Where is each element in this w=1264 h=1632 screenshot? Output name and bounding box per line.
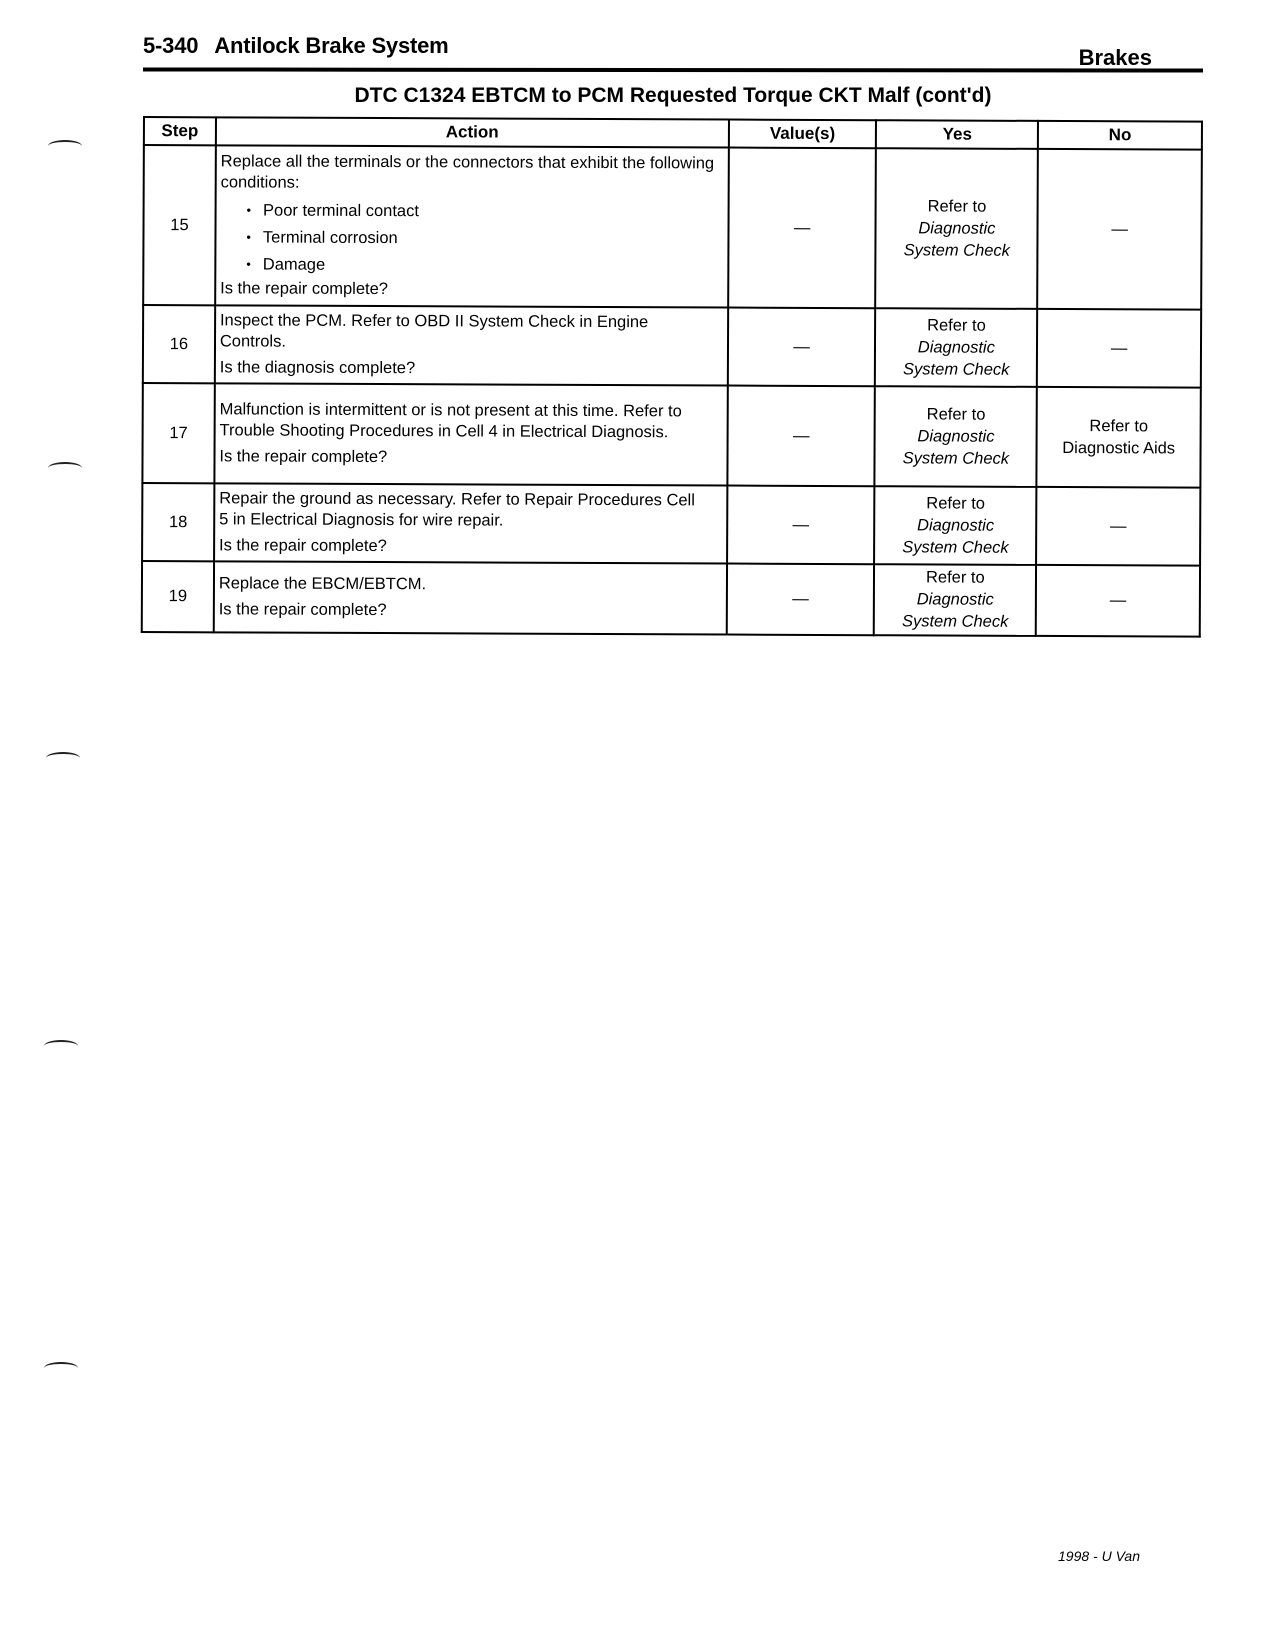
binder-hole-mark bbox=[44, 1362, 78, 1374]
condition-item: Poor terminal contact bbox=[246, 197, 723, 226]
yes-link-system-check: System Check bbox=[877, 358, 1035, 381]
header-rule bbox=[143, 67, 1203, 72]
table-title: DTC C1324 EBTCM to PCM Requested Torque … bbox=[143, 84, 1203, 108]
action-question: Is the diagnosis complete? bbox=[220, 357, 723, 380]
no-cell: — bbox=[1036, 565, 1200, 637]
no-cell: — bbox=[1037, 149, 1201, 310]
diagnostic-table: Step Action Value(s) Yes No 15 Replace a… bbox=[141, 116, 1203, 638]
yes-link-diagnostic: Diagnostic bbox=[876, 588, 1034, 611]
action-cell: Replace all the terminals or the connect… bbox=[215, 145, 729, 307]
yes-cell: Refer to Diagnostic System Check bbox=[874, 564, 1036, 636]
yes-refer: Refer to bbox=[877, 403, 1035, 426]
action-cell: Inspect the PCM. Refer to OBD II System … bbox=[215, 305, 728, 385]
table-row: 19 Replace the EBCM/EBTCM. Is the repair… bbox=[142, 561, 1200, 637]
yes-refer: Refer to bbox=[878, 314, 1036, 337]
yes-cell: Refer to Diagnostic System Check bbox=[876, 148, 1038, 309]
value-cell: — bbox=[728, 148, 876, 309]
table-row: 15 Replace all the terminals or the conn… bbox=[143, 145, 1202, 310]
chapter-title: Brakes bbox=[1079, 45, 1152, 71]
action-text: Repair the ground as necessary. Refer to… bbox=[219, 488, 722, 532]
yes-link-system-check: System Check bbox=[878, 239, 1036, 262]
yes-refer: Refer to bbox=[878, 195, 1036, 218]
col-header-step: Step bbox=[144, 117, 216, 145]
action-question: Is the repair complete? bbox=[219, 535, 722, 558]
no-cell: — bbox=[1037, 309, 1201, 388]
yes-link-system-check: System Check bbox=[877, 536, 1035, 559]
no-cell: — bbox=[1036, 487, 1200, 566]
yes-link-diagnostic: Diagnostic bbox=[877, 336, 1035, 359]
col-header-values: Value(s) bbox=[729, 120, 877, 149]
action-cell: Repair the ground as necessary. Refer to… bbox=[214, 483, 727, 563]
action-question: Is the repair complete? bbox=[220, 278, 723, 301]
action-text: Replace all the terminals or the connect… bbox=[221, 151, 724, 195]
action-text: Inspect the PCM. Refer to OBD II System … bbox=[220, 310, 723, 354]
page-number: 5-340 bbox=[143, 33, 198, 58]
action-cell: Malfunction is intermittent or is not pr… bbox=[214, 383, 727, 485]
col-header-action: Action bbox=[216, 117, 729, 147]
yes-link-diagnostic: Diagnostic bbox=[877, 425, 1035, 448]
action-question: Is the repair complete? bbox=[219, 599, 722, 622]
no-cell: Refer to Diagnostic Aids bbox=[1037, 387, 1201, 488]
yes-refer: Refer to bbox=[876, 566, 1034, 589]
condition-item: Damage bbox=[246, 251, 723, 280]
binder-hole-mark bbox=[48, 462, 82, 474]
table-row: 16 Inspect the PCM. Refer to OBD II Syst… bbox=[143, 305, 1201, 388]
binder-hole-mark bbox=[48, 140, 82, 152]
page-header: 5-340Antilock Brake System bbox=[143, 33, 449, 59]
col-header-yes: Yes bbox=[876, 120, 1038, 149]
step-number: 18 bbox=[142, 483, 214, 561]
yes-cell: Refer to Diagnostic System Check bbox=[875, 308, 1037, 387]
yes-link-diagnostic: Diagnostic bbox=[878, 217, 1036, 240]
yes-refer: Refer to bbox=[877, 492, 1035, 515]
step-number: 17 bbox=[142, 383, 214, 483]
condition-list: Poor terminal contact Terminal corrosion… bbox=[220, 197, 723, 280]
section-title: Antilock Brake System bbox=[214, 33, 448, 58]
yes-cell: Refer to Diagnostic System Check bbox=[875, 486, 1037, 565]
action-text: Malfunction is intermittent or is not pr… bbox=[219, 399, 722, 443]
step-number: 16 bbox=[143, 305, 215, 383]
no-refer: Refer to bbox=[1039, 414, 1199, 437]
binder-hole-mark bbox=[44, 1040, 78, 1052]
value-cell: — bbox=[728, 308, 876, 387]
step-number: 19 bbox=[142, 561, 214, 632]
action-question: Is the repair complete? bbox=[219, 446, 722, 469]
yes-link-system-check: System Check bbox=[877, 447, 1035, 470]
no-link-diagnostic-aids: Diagnostic Aids bbox=[1039, 436, 1199, 459]
value-cell: — bbox=[726, 564, 874, 636]
table-row: 17 Malfunction is intermittent or is not… bbox=[142, 383, 1200, 488]
value-cell: — bbox=[727, 486, 875, 565]
action-cell: Replace the EBCM/EBTCM. Is the repair co… bbox=[214, 561, 727, 634]
value-cell: — bbox=[727, 386, 875, 487]
condition-item: Terminal corrosion bbox=[246, 224, 723, 253]
yes-link-diagnostic: Diagnostic bbox=[877, 514, 1035, 537]
action-text: Replace the EBCM/EBTCM. bbox=[219, 573, 722, 596]
yes-link-system-check: System Check bbox=[876, 610, 1034, 633]
table-row: 18 Repair the ground as necessary. Refer… bbox=[142, 483, 1200, 566]
step-number: 15 bbox=[143, 145, 216, 305]
yes-cell: Refer to Diagnostic System Check bbox=[875, 386, 1037, 487]
col-header-no: No bbox=[1038, 121, 1202, 150]
footer-model: 1998 - U Van bbox=[1058, 1548, 1140, 1564]
binder-hole-mark bbox=[46, 752, 80, 764]
